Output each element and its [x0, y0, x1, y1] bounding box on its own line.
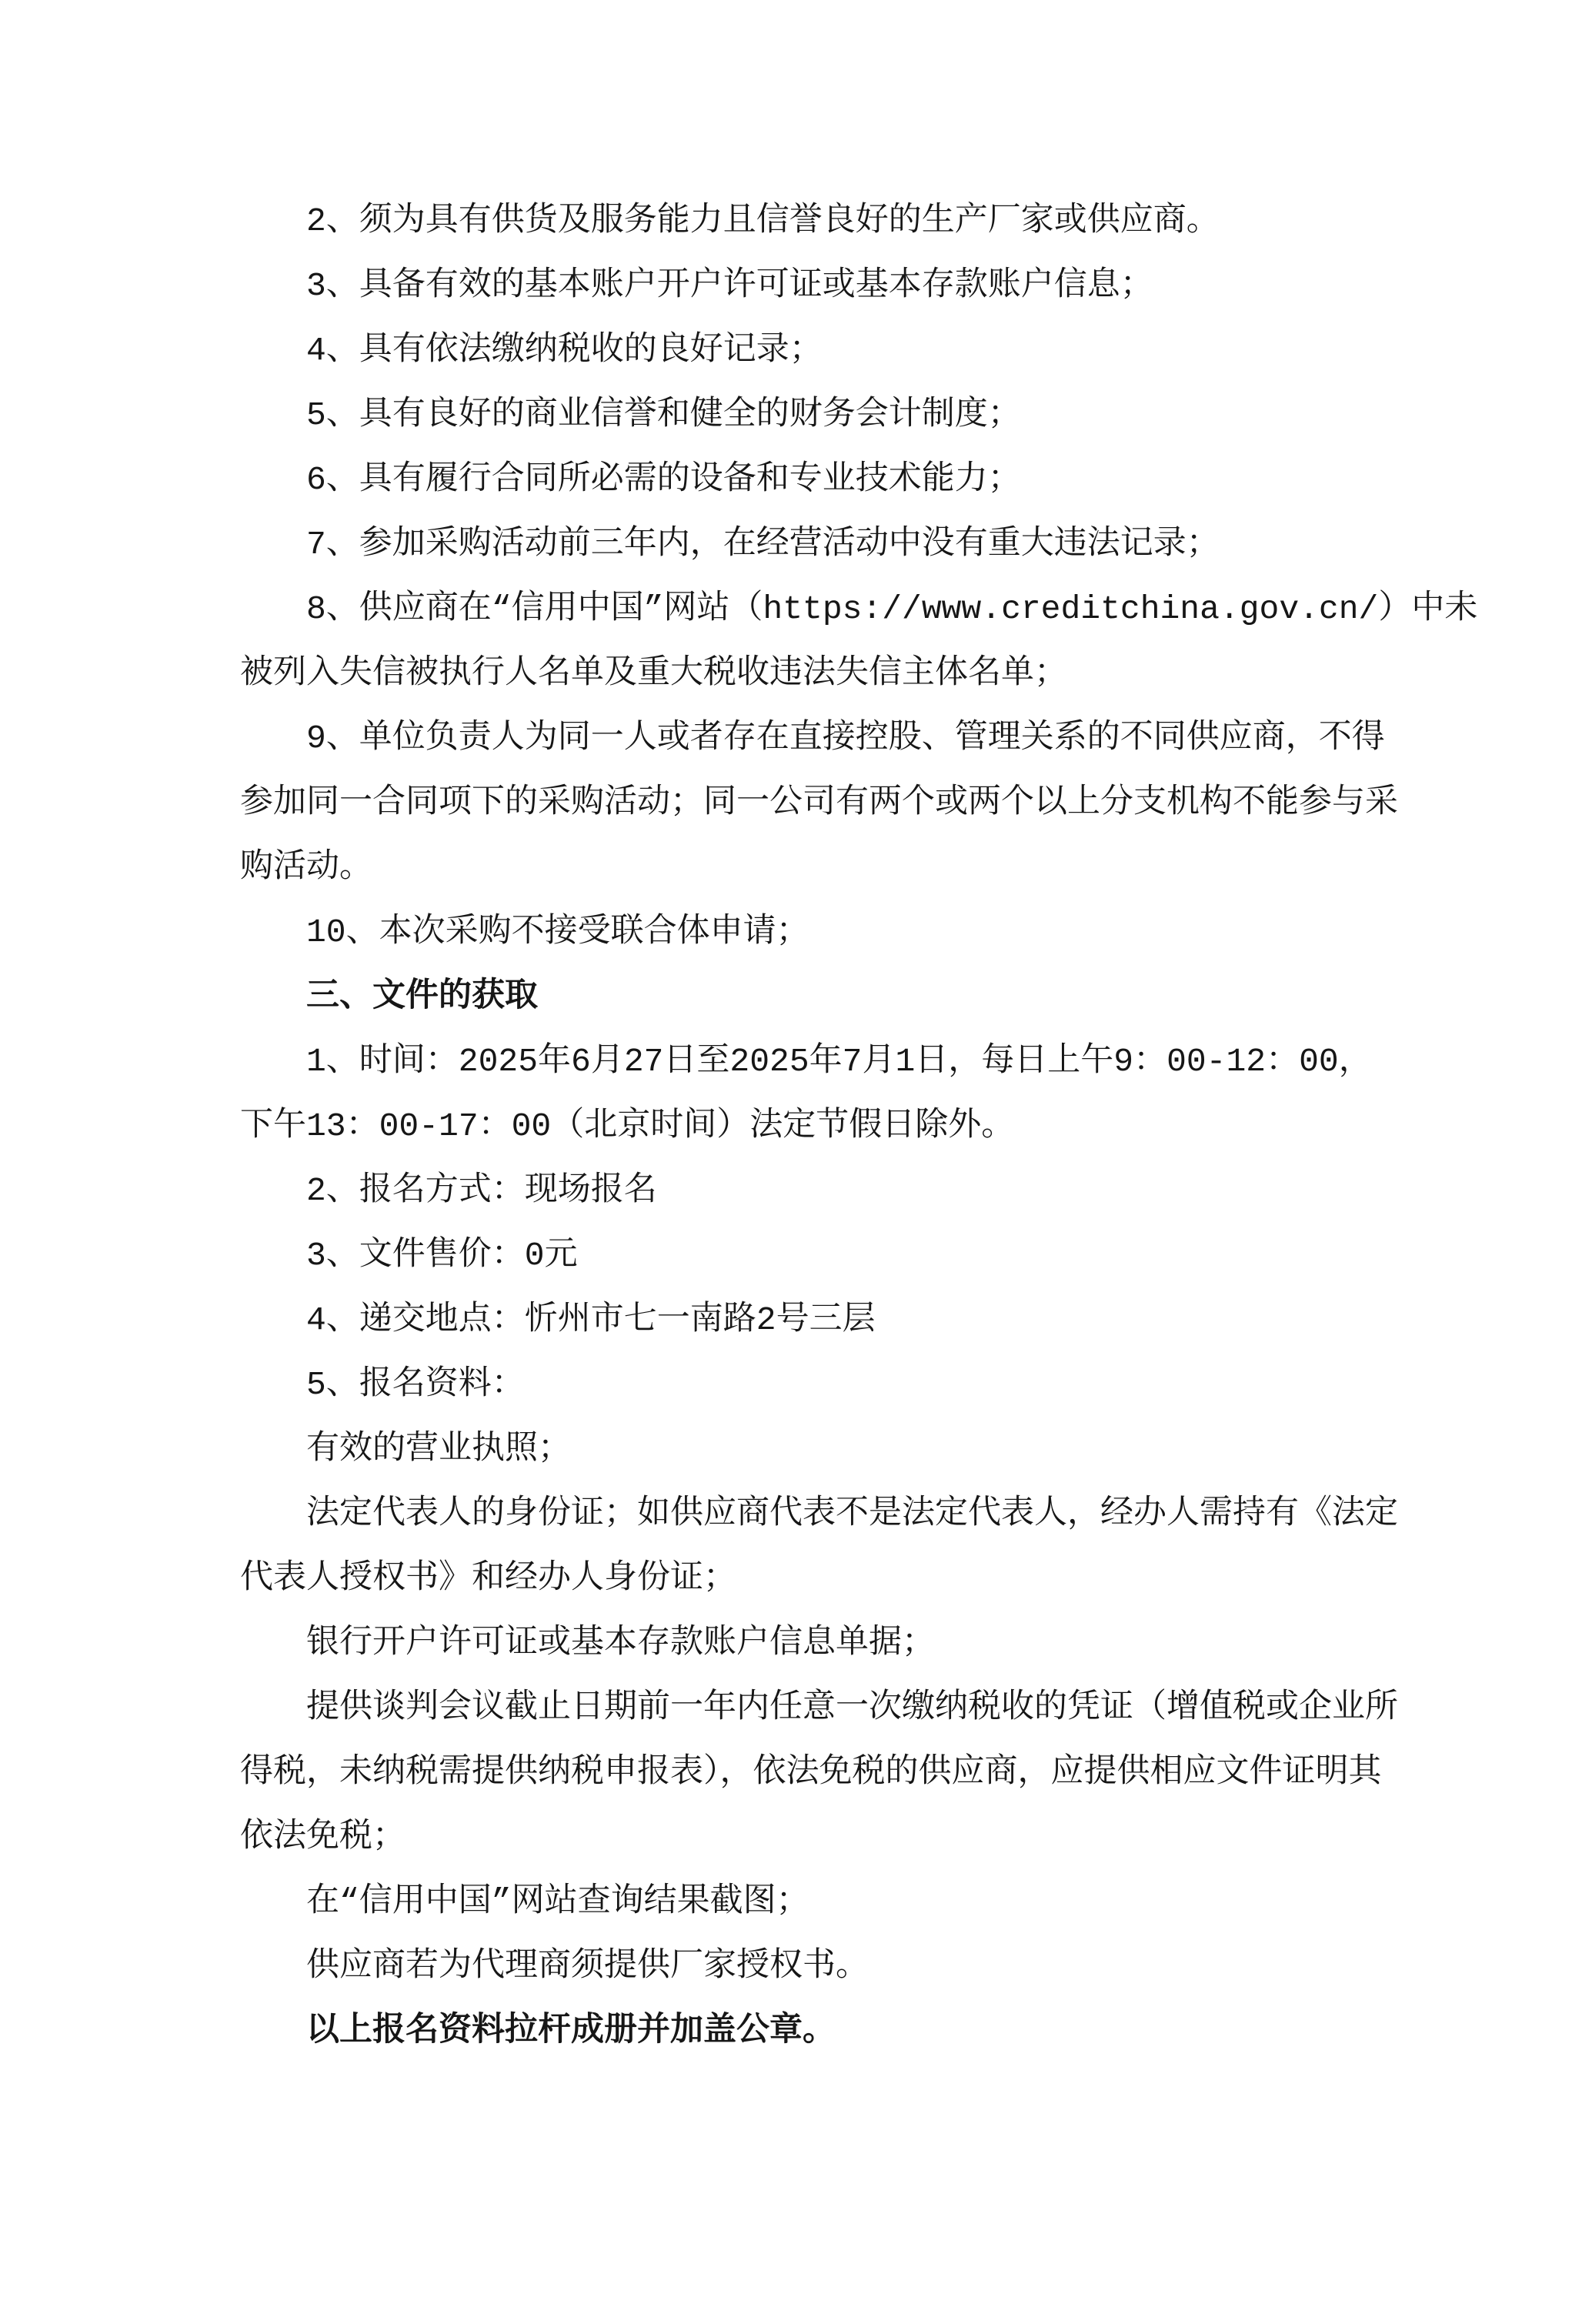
text-line: 被列入失信被执行人名单及重大税收违法失信主体名单； — [240, 642, 1402, 706]
text-line: 在“信用中国”网站查询结果截图； — [240, 1870, 1402, 1935]
text-line: 9、单位负责人为同一人或者存在直接控股、管理关系的不同供应商，不得 — [240, 706, 1402, 771]
text-line: 代表人授权书》和经办人身份证； — [240, 1547, 1402, 1611]
text-line: 5、报名资料： — [240, 1353, 1402, 1417]
text-line: 提供谈判会议截止日期前一年内任意一次缴纳税收的凭证（增值税或企业所 — [240, 1676, 1402, 1741]
text-line: 4、递交地点：忻州市七一南路2号三层 — [240, 1288, 1402, 1353]
text-line: 得税，未纳税需提供纳税申报表），依法免税的供应商，应提供相应文件证明其 — [240, 1741, 1402, 1805]
text-line: 银行开户许可证或基本存款账户信息单据； — [240, 1611, 1402, 1676]
text-line: 参加同一合同项下的采购活动；同一公司有两个或两个以上分支机构不能参与采 — [240, 771, 1402, 836]
text-line: 三、文件的获取 — [240, 965, 1402, 1030]
text-line: 法定代表人的身份证；如供应商代表不是法定代表人，经办人需持有《法定 — [240, 1482, 1402, 1547]
document-page: 2、须为具有供货及服务能力且信誉良好的生产厂家或供应商。3、具备有效的基本账户开… — [0, 0, 1582, 2324]
text-line: 依法免税； — [240, 1805, 1402, 1870]
text-line: 2、须为具有供货及服务能力且信誉良好的生产厂家或供应商。 — [240, 189, 1402, 254]
text-line: 1、时间：2025年6月27日至2025年7月1日，每日上午9：00-12：00… — [240, 1030, 1402, 1094]
text-line: 3、具备有效的基本账户开户许可证或基本存款账户信息； — [240, 254, 1402, 319]
text-line: 8、供应商在“信用中国”网站（https://www.creditchina.g… — [240, 577, 1402, 642]
text-line: 10、本次采购不接受联合体申请； — [240, 900, 1402, 965]
text-line: 6、具有履行合同所必需的设备和专业技术能力； — [240, 448, 1402, 513]
text-line: 3、文件售价：0元 — [240, 1224, 1402, 1288]
text-line: 有效的营业执照； — [240, 1417, 1402, 1482]
text-line: 以上报名资料拉杆成册并加盖公章。 — [240, 1999, 1402, 2064]
text-line: 4、具有依法缴纳税收的良好记录； — [240, 319, 1402, 383]
text-line: 7、参加采购活动前三年内，在经营活动中没有重大违法记录； — [240, 513, 1402, 577]
text-line: 2、报名方式：现场报名 — [240, 1159, 1402, 1224]
text-line: 下午13：00-17：00（北京时间）法定节假日除外。 — [240, 1094, 1402, 1159]
text-line: 购活动。 — [240, 836, 1402, 900]
document-body: 2、须为具有供货及服务能力且信誉良好的生产厂家或供应商。3、具备有效的基本账户开… — [240, 189, 1402, 2064]
text-line: 供应商若为代理商须提供厂家授权书。 — [240, 1935, 1402, 1999]
text-line: 5、具有良好的商业信誉和健全的财务会计制度； — [240, 383, 1402, 448]
